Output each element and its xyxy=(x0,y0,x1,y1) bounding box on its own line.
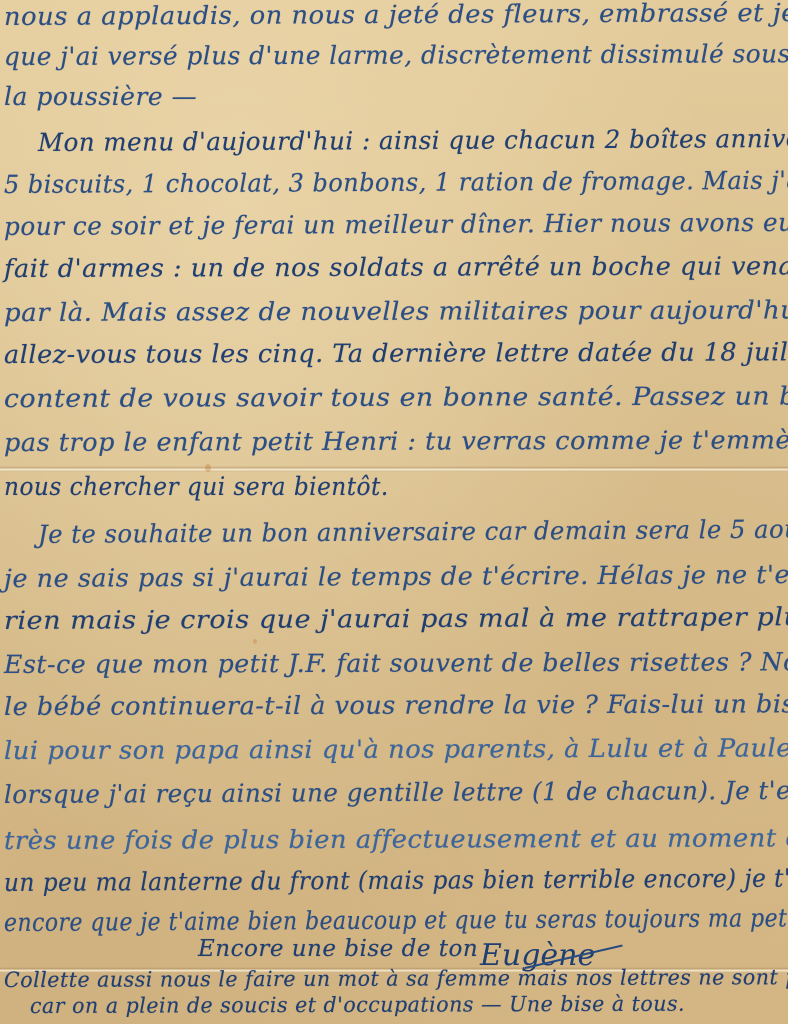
letter-line-15: rien mais je crois que j'aurai pas mal à… xyxy=(4,602,788,635)
letter-line-14: je ne sais pas si j'aurai le temps de t'… xyxy=(4,560,788,593)
letter-line-22: encore que je t'aime bien beaucoup et qu… xyxy=(4,903,788,937)
letter-line-21: un peu ma lanterne du front (mais pas bi… xyxy=(4,863,788,897)
letter-line-12: nous chercher qui sera bientôt. xyxy=(4,472,389,501)
letter-line-13: Je te souhaite un bon anniversaire car d… xyxy=(38,514,788,549)
letter-line-7: fait d'armes : un de nos soldats a arrêt… xyxy=(4,251,788,283)
letter-line-18: lui pour son papa ainsi qu'à nos parents… xyxy=(4,733,788,765)
letter-line-1: nous a applaudis, on nous a jeté des fle… xyxy=(4,0,788,31)
letter-page: nous a applaudis, on nous a jeté des fle… xyxy=(0,0,788,1024)
letter-line-10: content de vous savoir tous en bonne san… xyxy=(4,381,788,413)
paper-stain xyxy=(253,639,257,644)
letter-postscript-line-2: car on a plein de soucis et d'occupation… xyxy=(30,992,685,1018)
letter-postscript-line-1: Collette aussi nous le faire un mot à sa… xyxy=(4,965,788,992)
letter-line-2: que j'ai versé plus d'une larme, discrèt… xyxy=(4,38,788,71)
letter-line-16: Est-ce que mon petit J.F. fait souvent d… xyxy=(4,647,788,679)
letter-line-5: 5 biscuits, 1 chocolat, 3 bonbons, 1 rat… xyxy=(4,165,788,199)
letter-line-9: allez-vous tous les cinq. Ta dernière le… xyxy=(4,337,788,369)
letter-line-3: la poussière — xyxy=(4,82,197,111)
paper-stain xyxy=(205,464,211,472)
letter-line-4: Mon menu d'aujourd'hui : ainsi que chacu… xyxy=(38,123,788,157)
letter-line-11: pas trop le enfant petit Henri : tu verr… xyxy=(4,425,788,457)
letter-closing: Encore une bise de ton xyxy=(198,936,478,962)
letter-line-19: lorsque j'ai reçu ainsi une gentille let… xyxy=(4,775,788,809)
letter-line-6: pour ce soir et je ferai un meilleur dîn… xyxy=(4,207,788,241)
letter-line-8: par là. Mais assez de nouvelles militair… xyxy=(4,295,788,327)
letter-line-17: le bébé continuera-t-il à vous rendre la… xyxy=(4,689,788,721)
letter-line-20: très une fois de plus bien affectueuseme… xyxy=(4,823,788,855)
